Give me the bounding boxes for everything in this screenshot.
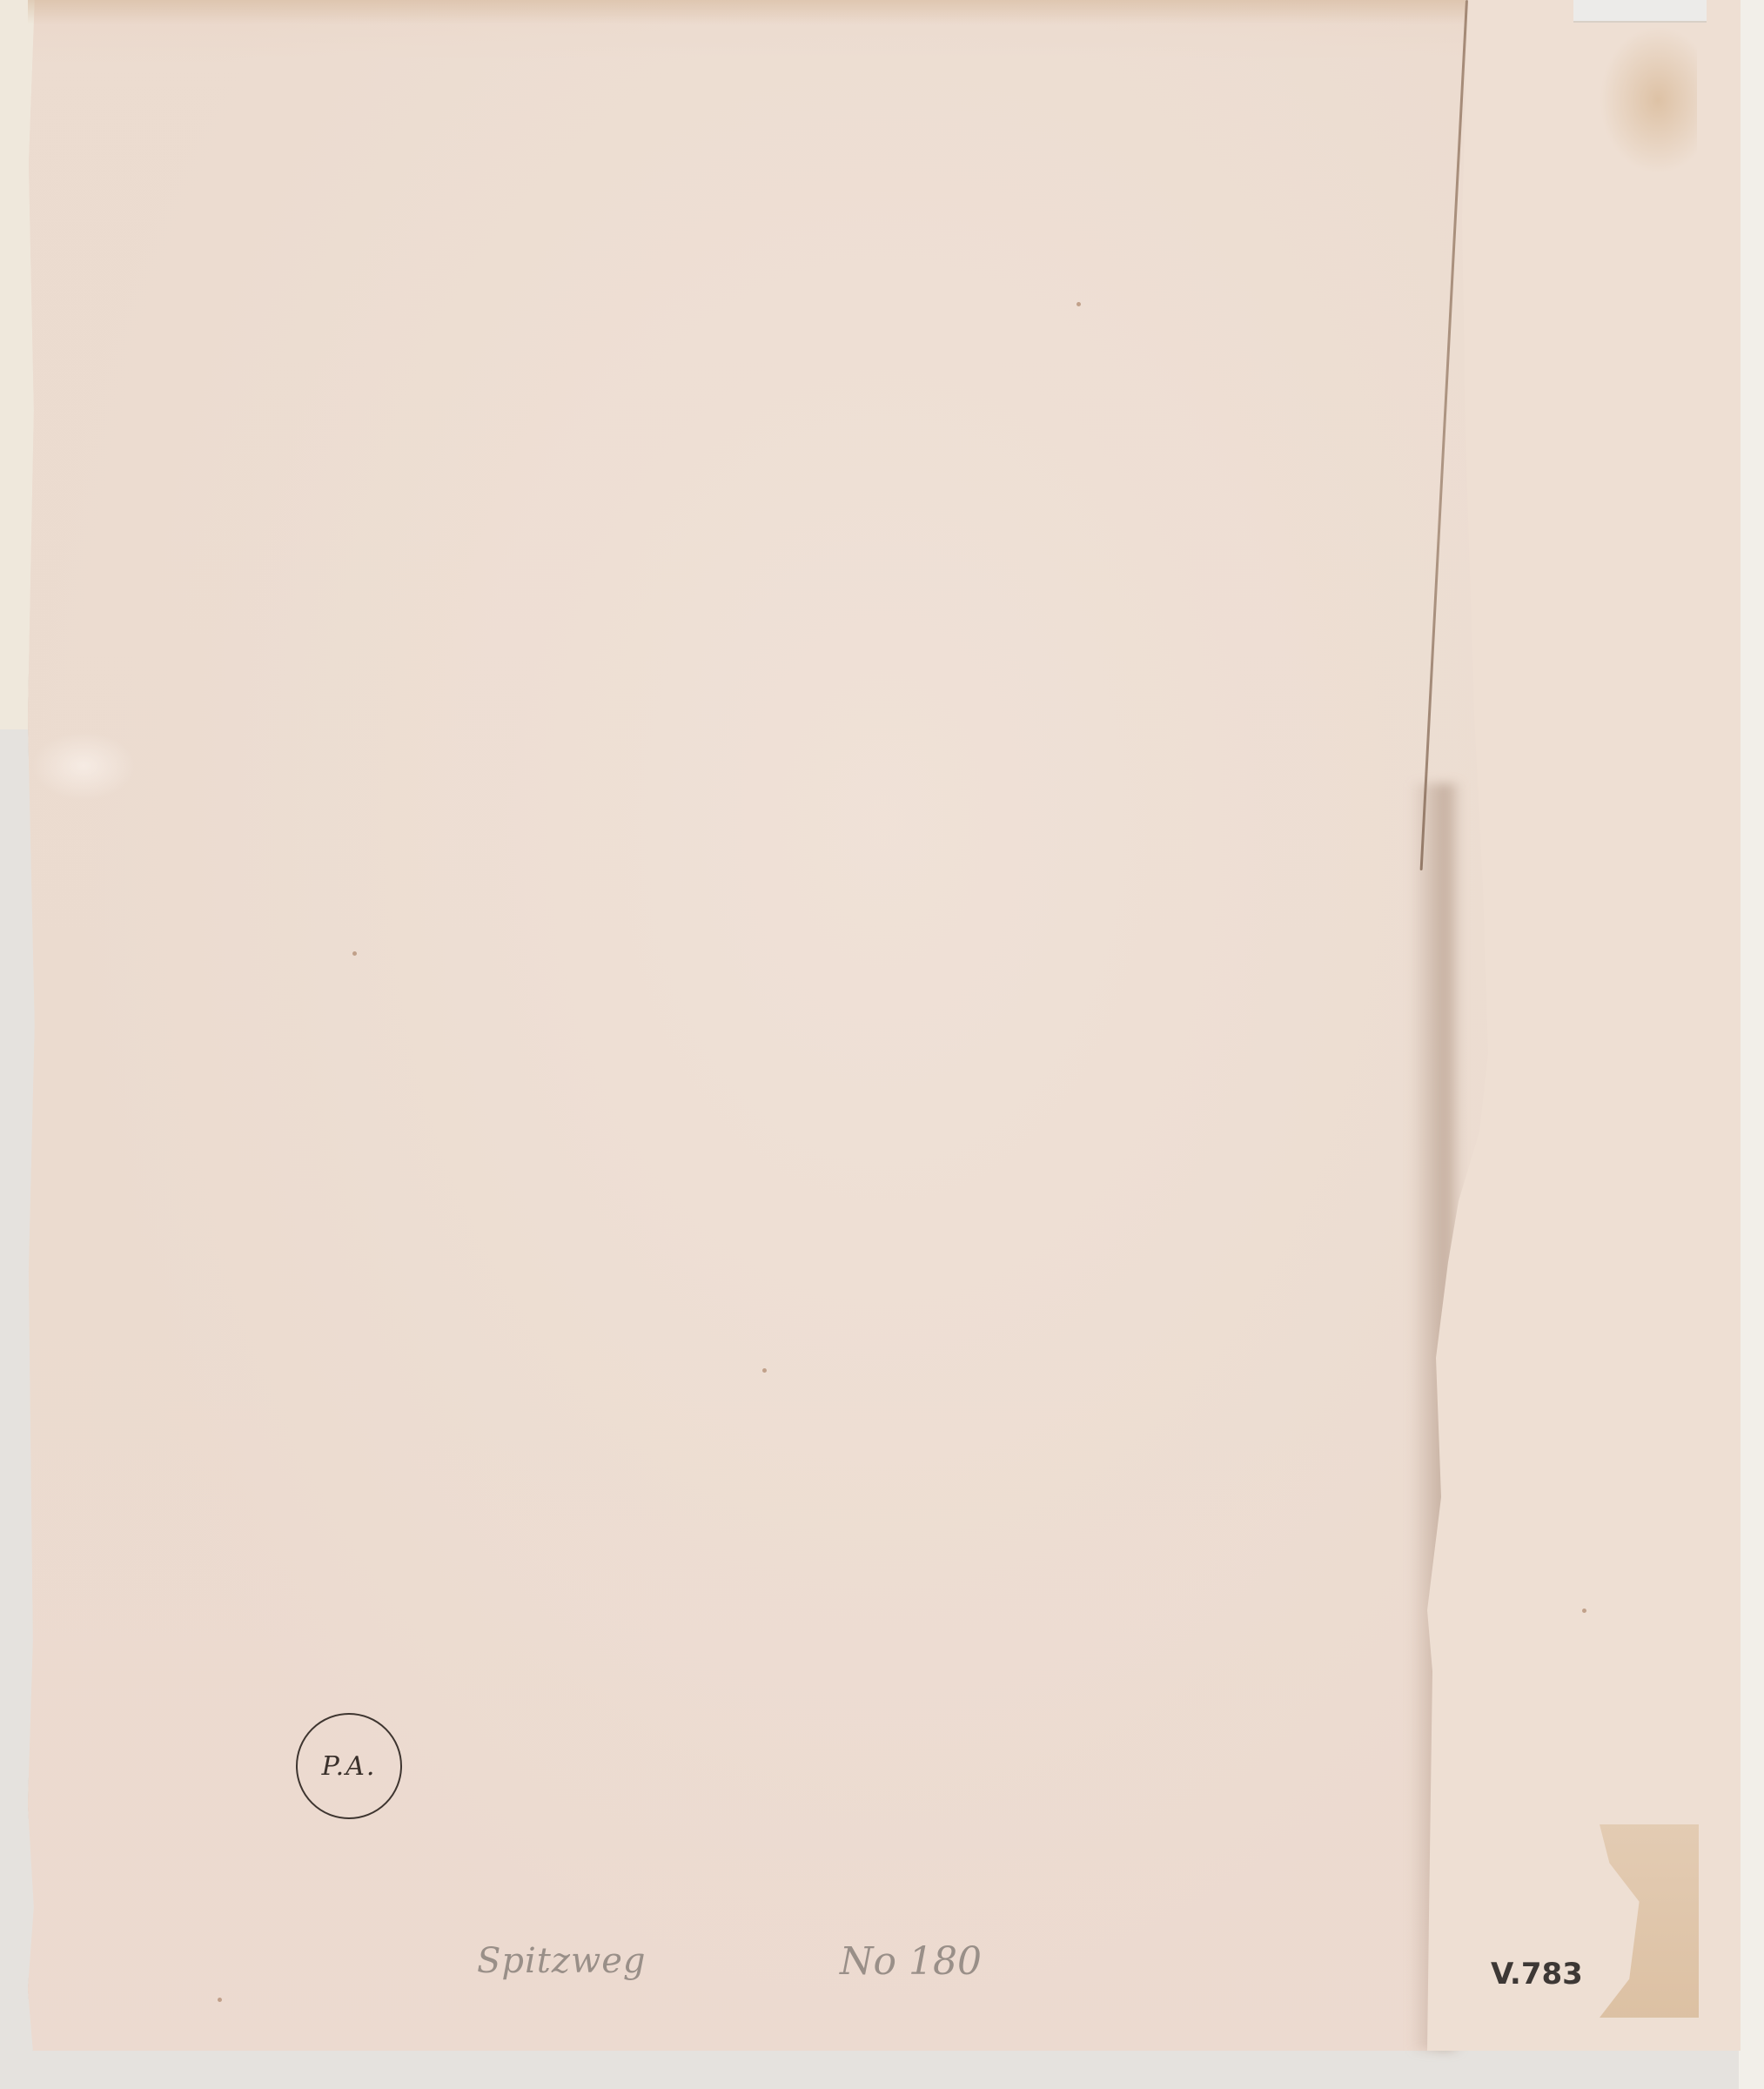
- paper-scuff: [31, 731, 136, 801]
- pencil-inscription-number: No 180: [840, 1939, 982, 1984]
- backdrop-board-right: [1739, 0, 1764, 2089]
- foxing-spot: [762, 1368, 767, 1373]
- foxing-spot: [1582, 1609, 1586, 1613]
- top-white-label: [1573, 0, 1707, 23]
- foxing-spot: [1077, 302, 1081, 306]
- foxing-spot: [352, 951, 357, 956]
- foxing-spot: [218, 1998, 222, 2002]
- collector-stamp: P.A.: [296, 1713, 402, 1819]
- pencil-inscription-artist: Spitzweg: [477, 1941, 646, 1981]
- adhesive-stain-top: [1600, 26, 1697, 174]
- inventory-number: V.783: [1491, 1957, 1583, 1992]
- stamp-monogram: P.A.: [322, 1751, 377, 1782]
